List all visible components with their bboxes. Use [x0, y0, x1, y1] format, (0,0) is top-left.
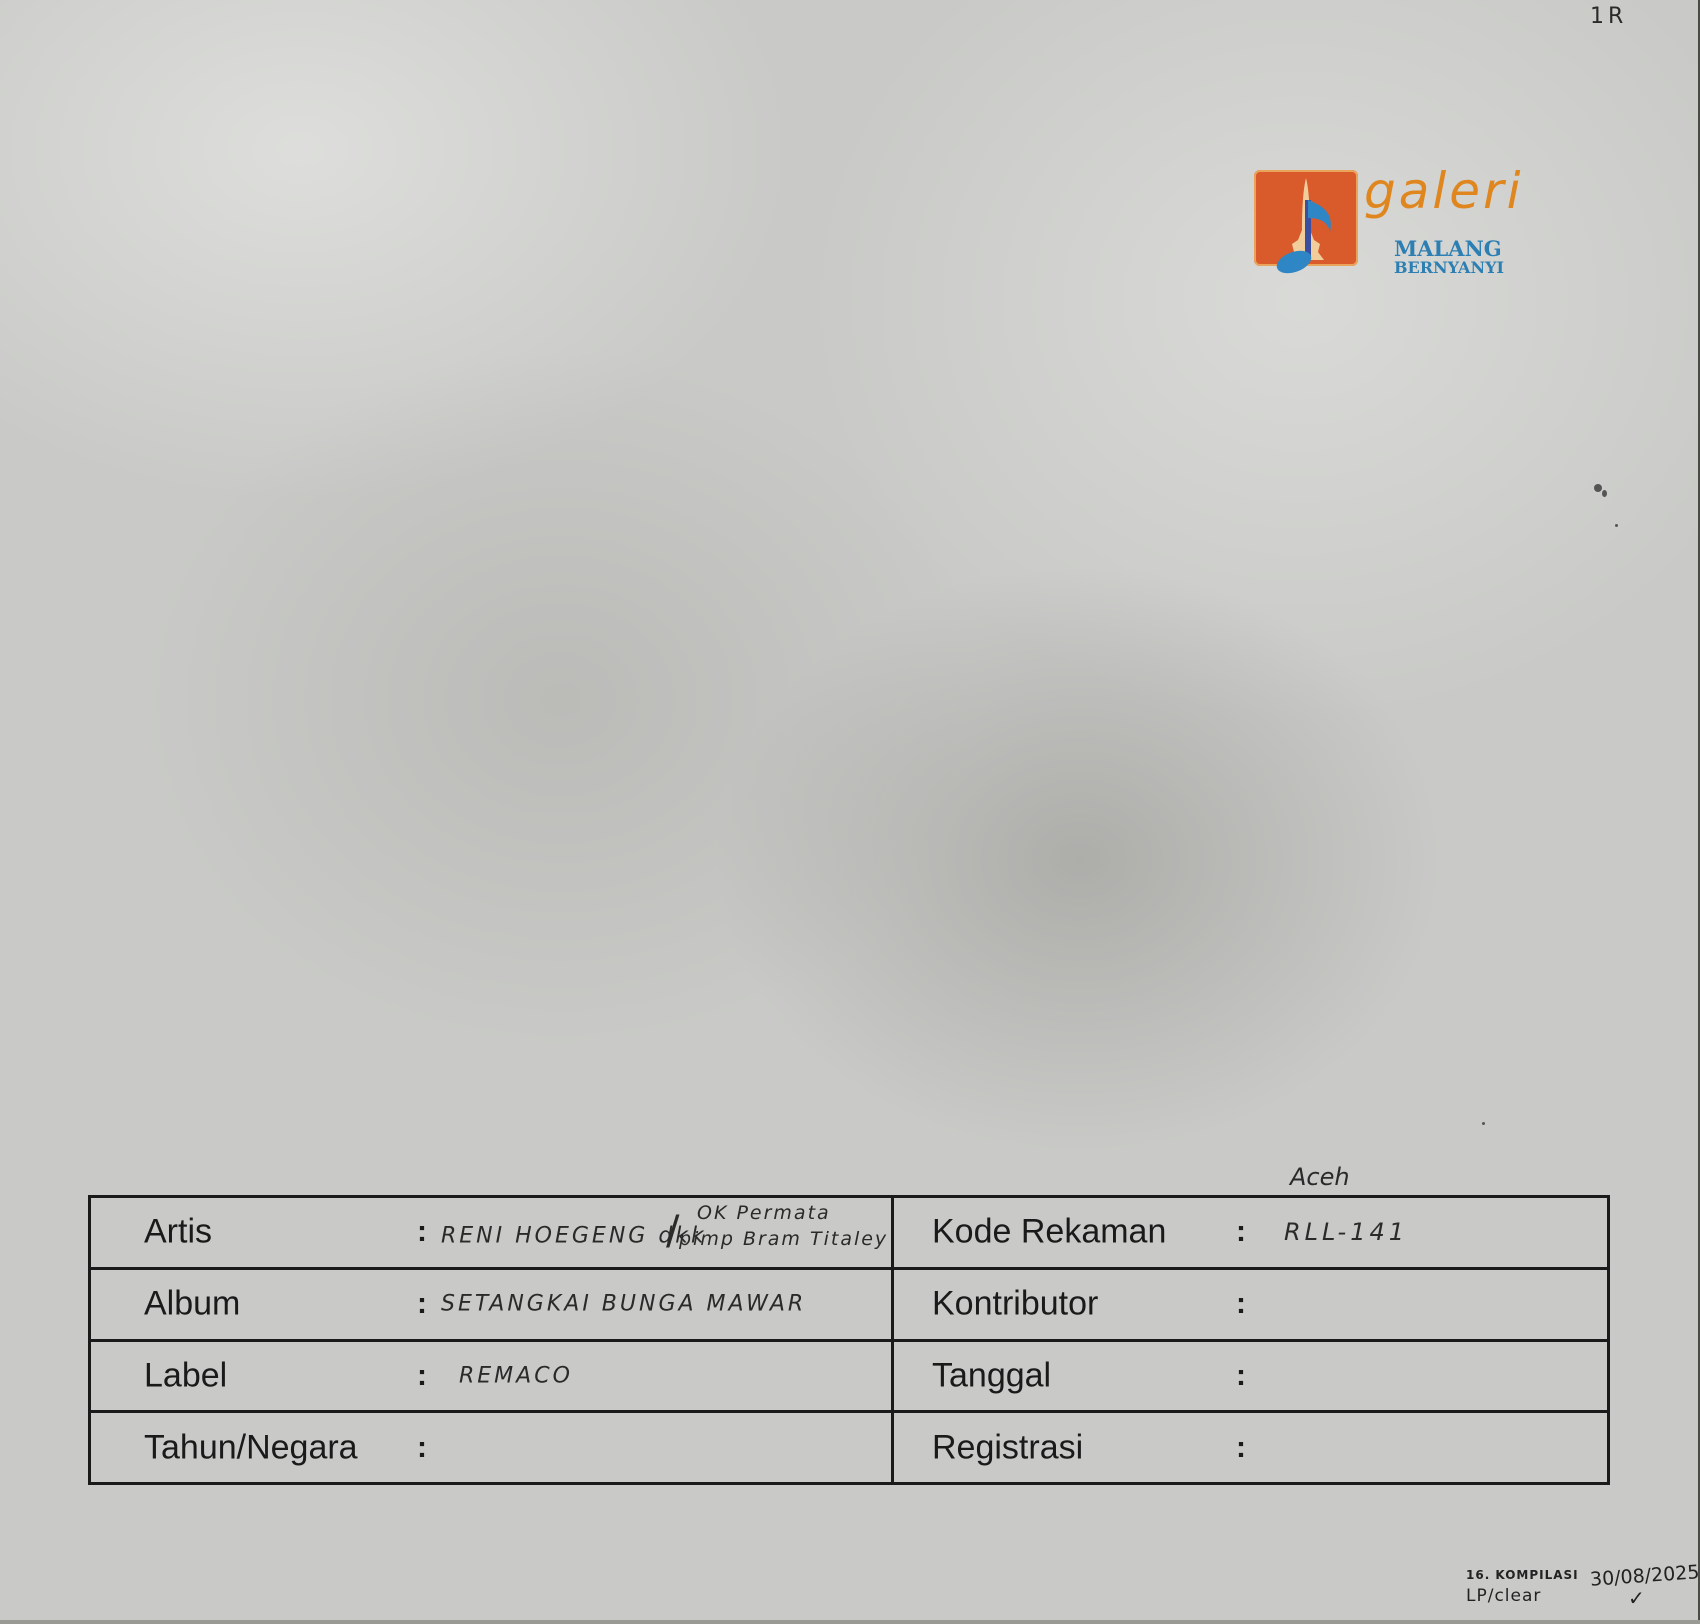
music-note-tower-icon: [1254, 170, 1358, 280]
artis-extra-line2: pimp Bram Titaley: [679, 1226, 888, 1252]
check-mark-icon: ✓: [1628, 1586, 1645, 1611]
field-separator: :: [1236, 1431, 1246, 1465]
field-separator: :: [1236, 1287, 1246, 1321]
field-separator: :: [417, 1359, 427, 1393]
galeri-malang-bernyanyi-logo: galeri MALANG BERNYANYI: [1254, 170, 1554, 290]
field-separator: :: [417, 1287, 427, 1321]
form-right-column: Kode Rekaman : RLL-141 Kontributor : Tan…: [894, 1198, 1607, 1482]
dust-speck: [1594, 484, 1602, 492]
form-left-column: Artis : RENI HOEGENG dkk / OK Permata pi…: [91, 1198, 894, 1482]
field-label: Kontributor: [932, 1285, 1098, 1324]
logo-bernyanyi-text: BERNYANYI: [1394, 258, 1504, 277]
catalog-form-table: Artis : RENI HOEGENG dkk / OK Permata pi…: [88, 1195, 1610, 1485]
field-value-artis-extra: OK Permata pimp Bram Titaley: [679, 1200, 888, 1252]
field-label: Artis: [144, 1213, 212, 1252]
region-handwritten-note: Aceh: [1290, 1163, 1350, 1191]
form-row-registrasi: Registrasi :: [894, 1413, 1607, 1482]
form-row-artis: Artis : RENI HOEGENG dkk / OK Permata pi…: [91, 1198, 891, 1270]
field-value-label: REMACO: [459, 1363, 573, 1388]
field-separator: :: [1236, 1215, 1246, 1249]
field-label: Tahun/Negara: [144, 1428, 358, 1467]
form-row-label: Label : REMACO: [91, 1342, 891, 1414]
field-label: Registrasi: [932, 1428, 1083, 1467]
field-label: Tanggal: [932, 1356, 1051, 1395]
field-separator: :: [417, 1215, 427, 1249]
dust-speck: [1615, 524, 1618, 527]
dust-speck: [1482, 1122, 1485, 1125]
format-note: LP/clear: [1466, 1586, 1541, 1606]
dust-speck: [1602, 490, 1607, 497]
form-row-kode-rekaman: Kode Rekaman : RLL-141: [894, 1198, 1607, 1270]
field-value-kode-rekaman: RLL-141: [1284, 1218, 1408, 1246]
field-label: Label: [144, 1356, 227, 1395]
field-separator: :: [1236, 1359, 1246, 1393]
field-separator: :: [417, 1431, 427, 1465]
artis-extra-line1: OK Permata: [679, 1200, 888, 1226]
form-row-tahun-negara: Tahun/Negara :: [91, 1413, 891, 1482]
logo-galeri-text: galeri: [1364, 162, 1523, 220]
field-label: Album: [144, 1285, 240, 1324]
corner-handwritten-note: 1R: [1590, 4, 1627, 29]
form-row-tanggal: Tanggal :: [894, 1342, 1607, 1414]
category-note: 16. KOMPILASI: [1466, 1568, 1579, 1582]
form-row-album: Album : SETANGKAI BUNGA MAWAR: [91, 1270, 891, 1342]
slash-divider: /: [666, 1208, 679, 1254]
sleeve-bottom-edge: [0, 1620, 1700, 1624]
field-label: Kode Rekaman: [932, 1213, 1166, 1252]
field-value-album: SETANGKAI BUNGA MAWAR: [441, 1292, 806, 1317]
form-row-kontributor: Kontributor :: [894, 1270, 1607, 1342]
logo-square: [1254, 170, 1358, 266]
